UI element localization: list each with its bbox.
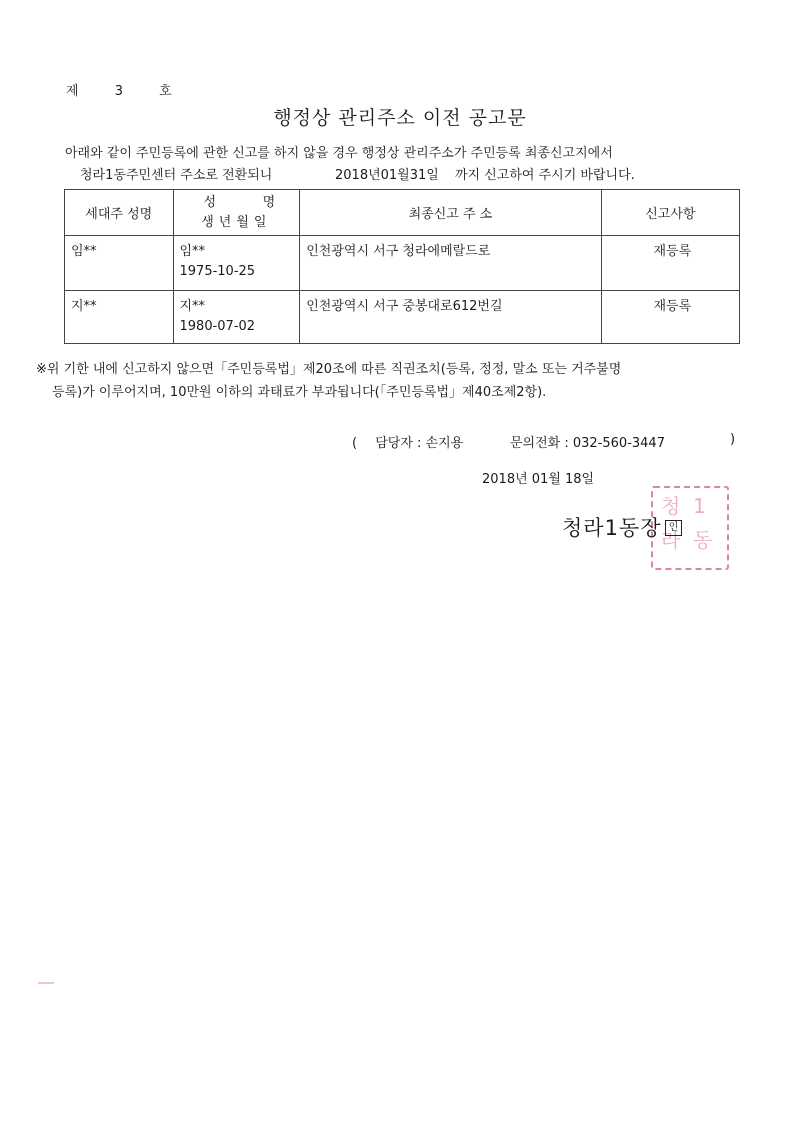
person-name: 지** — [180, 297, 294, 317]
birth-date: 1980-07-02 — [180, 317, 294, 337]
page-title: 행정상 관리주소 이전 공고문 — [0, 103, 800, 130]
header-name-birth: 성 명 생년월일 — [173, 190, 300, 236]
contact-manager: 담당자 : 손지용 — [375, 436, 463, 451]
contact-info: ( 담당자 : 손지용 문의전화 : 032-560-3447 ) — [352, 432, 463, 451]
header-name-right: 명 — [263, 193, 276, 213]
cell-name-birth: 지** 1980-07-02 — [173, 291, 300, 344]
intro-line-2: 청라1동주민센터 주소로 전환되니 2018년01월31일 까지 신고하여 주시… — [80, 164, 272, 183]
number-suffix: 호 — [159, 80, 172, 99]
birth-date: 1975-10-25 — [180, 262, 294, 282]
seal-glyph: 청 — [661, 494, 680, 518]
table-row: 지** 지** 1980-07-02 인천광역시 서구 중봉대로612번길 재등… — [65, 291, 740, 344]
legal-note-line-1: ※위 기한 내에 신고하지 않으면「주민등록법」제20조에 따른 직권조치(등록… — [36, 358, 621, 377]
notice-table: 세대주 성명 성 명 생년월일 최종신고 주 소 신고사항 임** 임** 19… — [64, 189, 740, 344]
cell-report: 재등록 — [601, 291, 739, 344]
address: 인천광역시 서구 청라에메랄드로 — [300, 236, 600, 262]
contact-phone: 문의전화 : 032-560-3447 — [510, 432, 665, 451]
report-type: 재등록 — [602, 236, 739, 262]
intro-line-1: 아래와 같이 주민등록에 관한 신고를 하지 않을 경우 행정상 관리주소가 주… — [65, 142, 613, 161]
scan-smudge — [38, 982, 54, 984]
header-householder: 세대주 성명 — [65, 190, 174, 236]
issue-date: 2018년 01월 18일 — [482, 468, 594, 487]
official-seal-stamp: 청 라 1 동 — [651, 486, 729, 570]
header-name-left: 성 — [204, 193, 217, 213]
header-report: 신고사항 — [601, 190, 739, 236]
contact-close-paren: ) — [730, 432, 735, 447]
document-number: 제 3 호 — [66, 80, 172, 99]
intro-line-2-end: 까지 신고하여 주시기 바랍니다. — [455, 164, 635, 183]
person-name: 임** — [180, 242, 294, 262]
deadline-date: 2018년01월31일 — [335, 164, 439, 183]
cell-address: 인천광역시 서구 중봉대로612번길 — [300, 291, 601, 344]
householder-name: 임** — [65, 236, 173, 262]
legal-note-line-2: 등록)가 이루어지며, 10만원 이하의 과태료가 부과됩니다(「주민등록법」제… — [52, 381, 546, 400]
header-name: 성 명 — [174, 193, 300, 213]
seal-mark-box: 인 — [665, 520, 682, 536]
cell-name-birth: 임** 1975-10-25 — [173, 236, 300, 291]
cell-householder: 임** — [65, 236, 174, 291]
address: 인천광역시 서구 중봉대로612번길 — [300, 291, 600, 317]
seal-glyph: 1 — [693, 494, 706, 518]
householder-name: 지** — [65, 291, 173, 317]
seal-glyph: 동 — [693, 528, 712, 552]
header-birth: 생년월일 — [174, 213, 300, 233]
table-row: 임** 임** 1975-10-25 인천광역시 서구 청라에메랄드로 재등록 — [65, 236, 740, 291]
signer-title: 청라1동장 — [562, 512, 662, 542]
report-type: 재등록 — [602, 291, 739, 317]
header-address: 최종신고 주 소 — [300, 190, 601, 236]
contact-open-paren: ( — [352, 436, 357, 451]
table-header-row: 세대주 성명 성 명 생년월일 최종신고 주 소 신고사항 — [65, 190, 740, 236]
cell-report: 재등록 — [601, 236, 739, 291]
cell-address: 인천광역시 서구 청라에메랄드로 — [300, 236, 601, 291]
cell-householder: 지** — [65, 291, 174, 344]
intro-line-2-start: 청라1동주민센터 주소로 전환되니 — [80, 168, 272, 183]
number-prefix: 제 — [66, 80, 79, 99]
number-value: 3 — [115, 84, 123, 99]
